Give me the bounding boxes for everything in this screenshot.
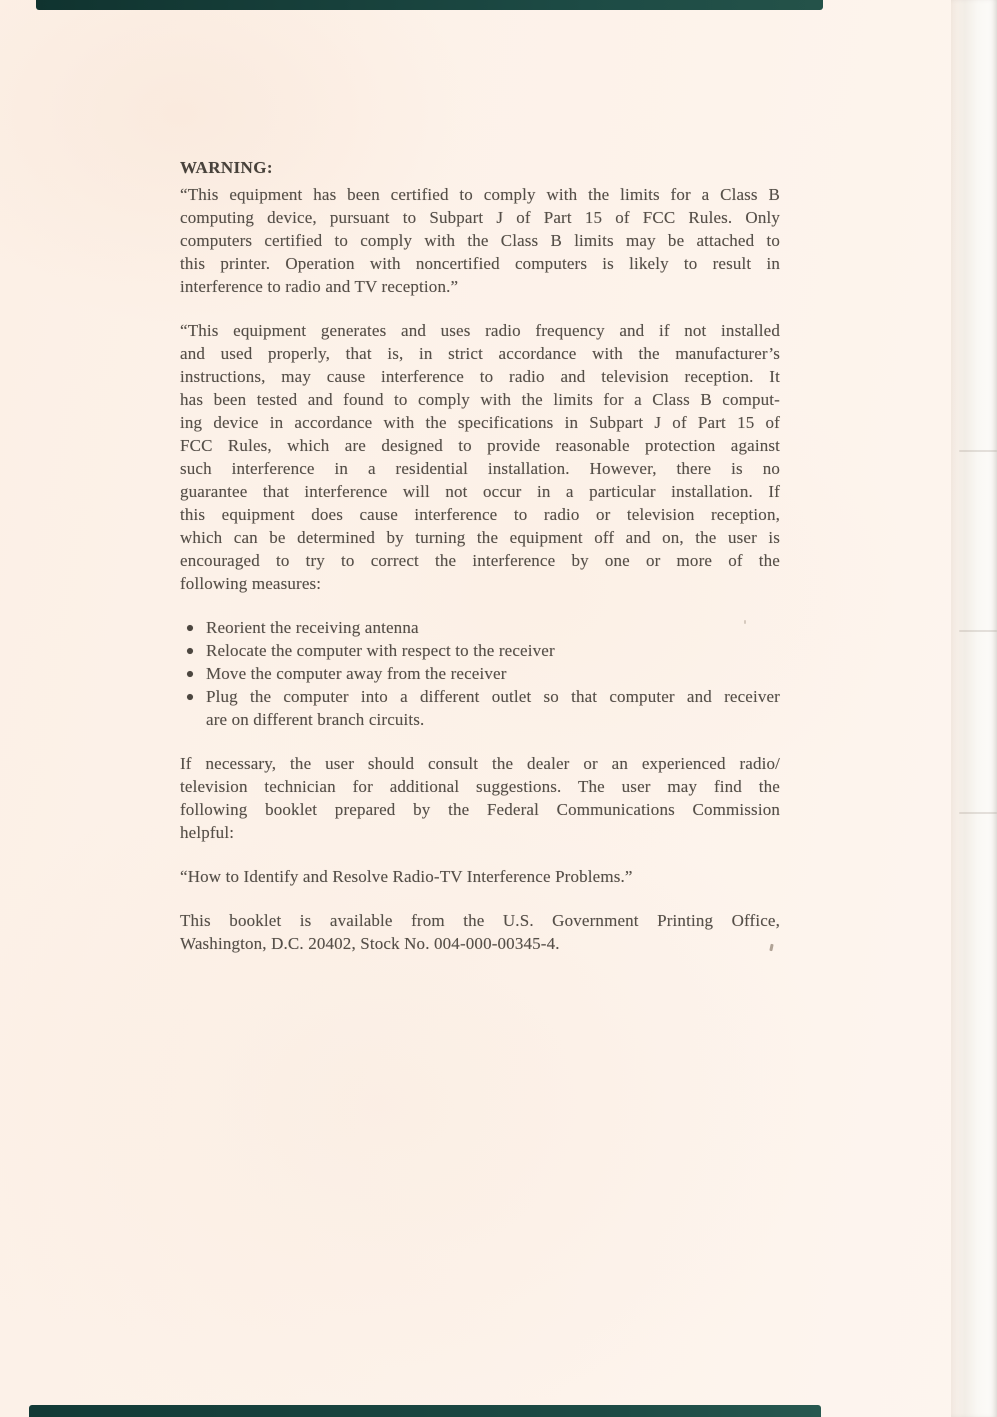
text-line: which can be determined by turning the e… bbox=[180, 526, 780, 549]
page-edge-seam bbox=[959, 630, 997, 632]
list-item: Plug the computer into a different outle… bbox=[180, 685, 780, 731]
bullet-icon bbox=[187, 694, 193, 700]
fcc-booklet-title: “How to Identify and Resolve Radio-TV In… bbox=[180, 865, 780, 888]
scan-dark-edge-top bbox=[36, 0, 823, 10]
book-page-edge-strip bbox=[951, 0, 997, 1417]
list-item: Reorient the receiving antenna bbox=[180, 616, 780, 639]
bullet-icon bbox=[187, 648, 193, 654]
text-line: Washington, D.C. 20402, Stock No. 004-00… bbox=[180, 932, 780, 955]
bullet-icon bbox=[187, 625, 193, 631]
text-line: computing device, pursuant to Subpart J … bbox=[180, 206, 780, 229]
text-line: “This equipment generates and uses radio… bbox=[180, 319, 780, 342]
text-line: If necessary, the user should consult th… bbox=[180, 752, 780, 775]
text-line: this equipment does cause interference t… bbox=[180, 503, 780, 526]
text-line: helpful: bbox=[180, 821, 780, 844]
text-line: has been tested and found to comply with… bbox=[180, 388, 780, 411]
scan-speck bbox=[744, 620, 746, 624]
bullet-icon bbox=[187, 671, 193, 677]
text-line: “How to Identify and Resolve Radio-TV In… bbox=[180, 865, 780, 888]
text-line: this printer. Operation with noncertifie… bbox=[180, 252, 780, 275]
page-edge-seam bbox=[959, 812, 997, 814]
paragraph-consult-dealer: If necessary, the user should consult th… bbox=[180, 752, 780, 844]
text-line: Move the computer away from the receiver bbox=[206, 662, 780, 685]
text-line: are on different branch circuits. bbox=[206, 708, 780, 731]
text-line: “This equipment has been certified to co… bbox=[180, 183, 780, 206]
text-line: and used properly, that is, in strict ac… bbox=[180, 342, 780, 365]
text-line: following booklet prepared by the Federa… bbox=[180, 798, 780, 821]
text-line: instructions, may cause interference to … bbox=[180, 365, 780, 388]
paragraph-rf-interference: “This equipment generates and uses radio… bbox=[180, 319, 780, 595]
text-line: guarantee that interference will not occ… bbox=[180, 480, 780, 503]
text-line: Plug the computer into a different outle… bbox=[206, 685, 780, 708]
list-item: Relocate the computer with respect to th… bbox=[180, 639, 780, 662]
text-line: FCC Rules, which are designed to provide… bbox=[180, 434, 780, 457]
text-line: interference to radio and TV reception.” bbox=[180, 275, 780, 298]
paragraph-class-b-certification: “This equipment has been certified to co… bbox=[180, 183, 780, 298]
text-line: encouraged to try to correct the interfe… bbox=[180, 549, 780, 572]
text-line: television technician for additional sug… bbox=[180, 775, 780, 798]
text-line: such interference in a residential insta… bbox=[180, 457, 780, 480]
scan-dark-edge-bottom bbox=[29, 1405, 821, 1417]
page-edge-seam bbox=[959, 450, 997, 452]
text-line: computers certified to comply with the C… bbox=[180, 229, 780, 252]
paragraph-booklet-availability: This booklet is available from the U.S. … bbox=[180, 909, 780, 955]
text-line: Relocate the computer with respect to th… bbox=[206, 639, 780, 662]
text-line: following measures: bbox=[180, 572, 780, 595]
warning-heading: WARNING: bbox=[180, 156, 780, 179]
interference-measures-list: Reorient the receiving antennaRelocate t… bbox=[180, 616, 780, 731]
list-item: Move the computer away from the receiver bbox=[180, 662, 780, 685]
page-text-block: WARNING: “This equipment has been certif… bbox=[180, 156, 780, 976]
scanned-manual-page: WARNING: “This equipment has been certif… bbox=[0, 0, 997, 1417]
text-line: Reorient the receiving antenna bbox=[206, 616, 780, 639]
text-line: ing device in accordance with the specif… bbox=[180, 411, 780, 434]
text-line: This booklet is available from the U.S. … bbox=[180, 909, 780, 932]
